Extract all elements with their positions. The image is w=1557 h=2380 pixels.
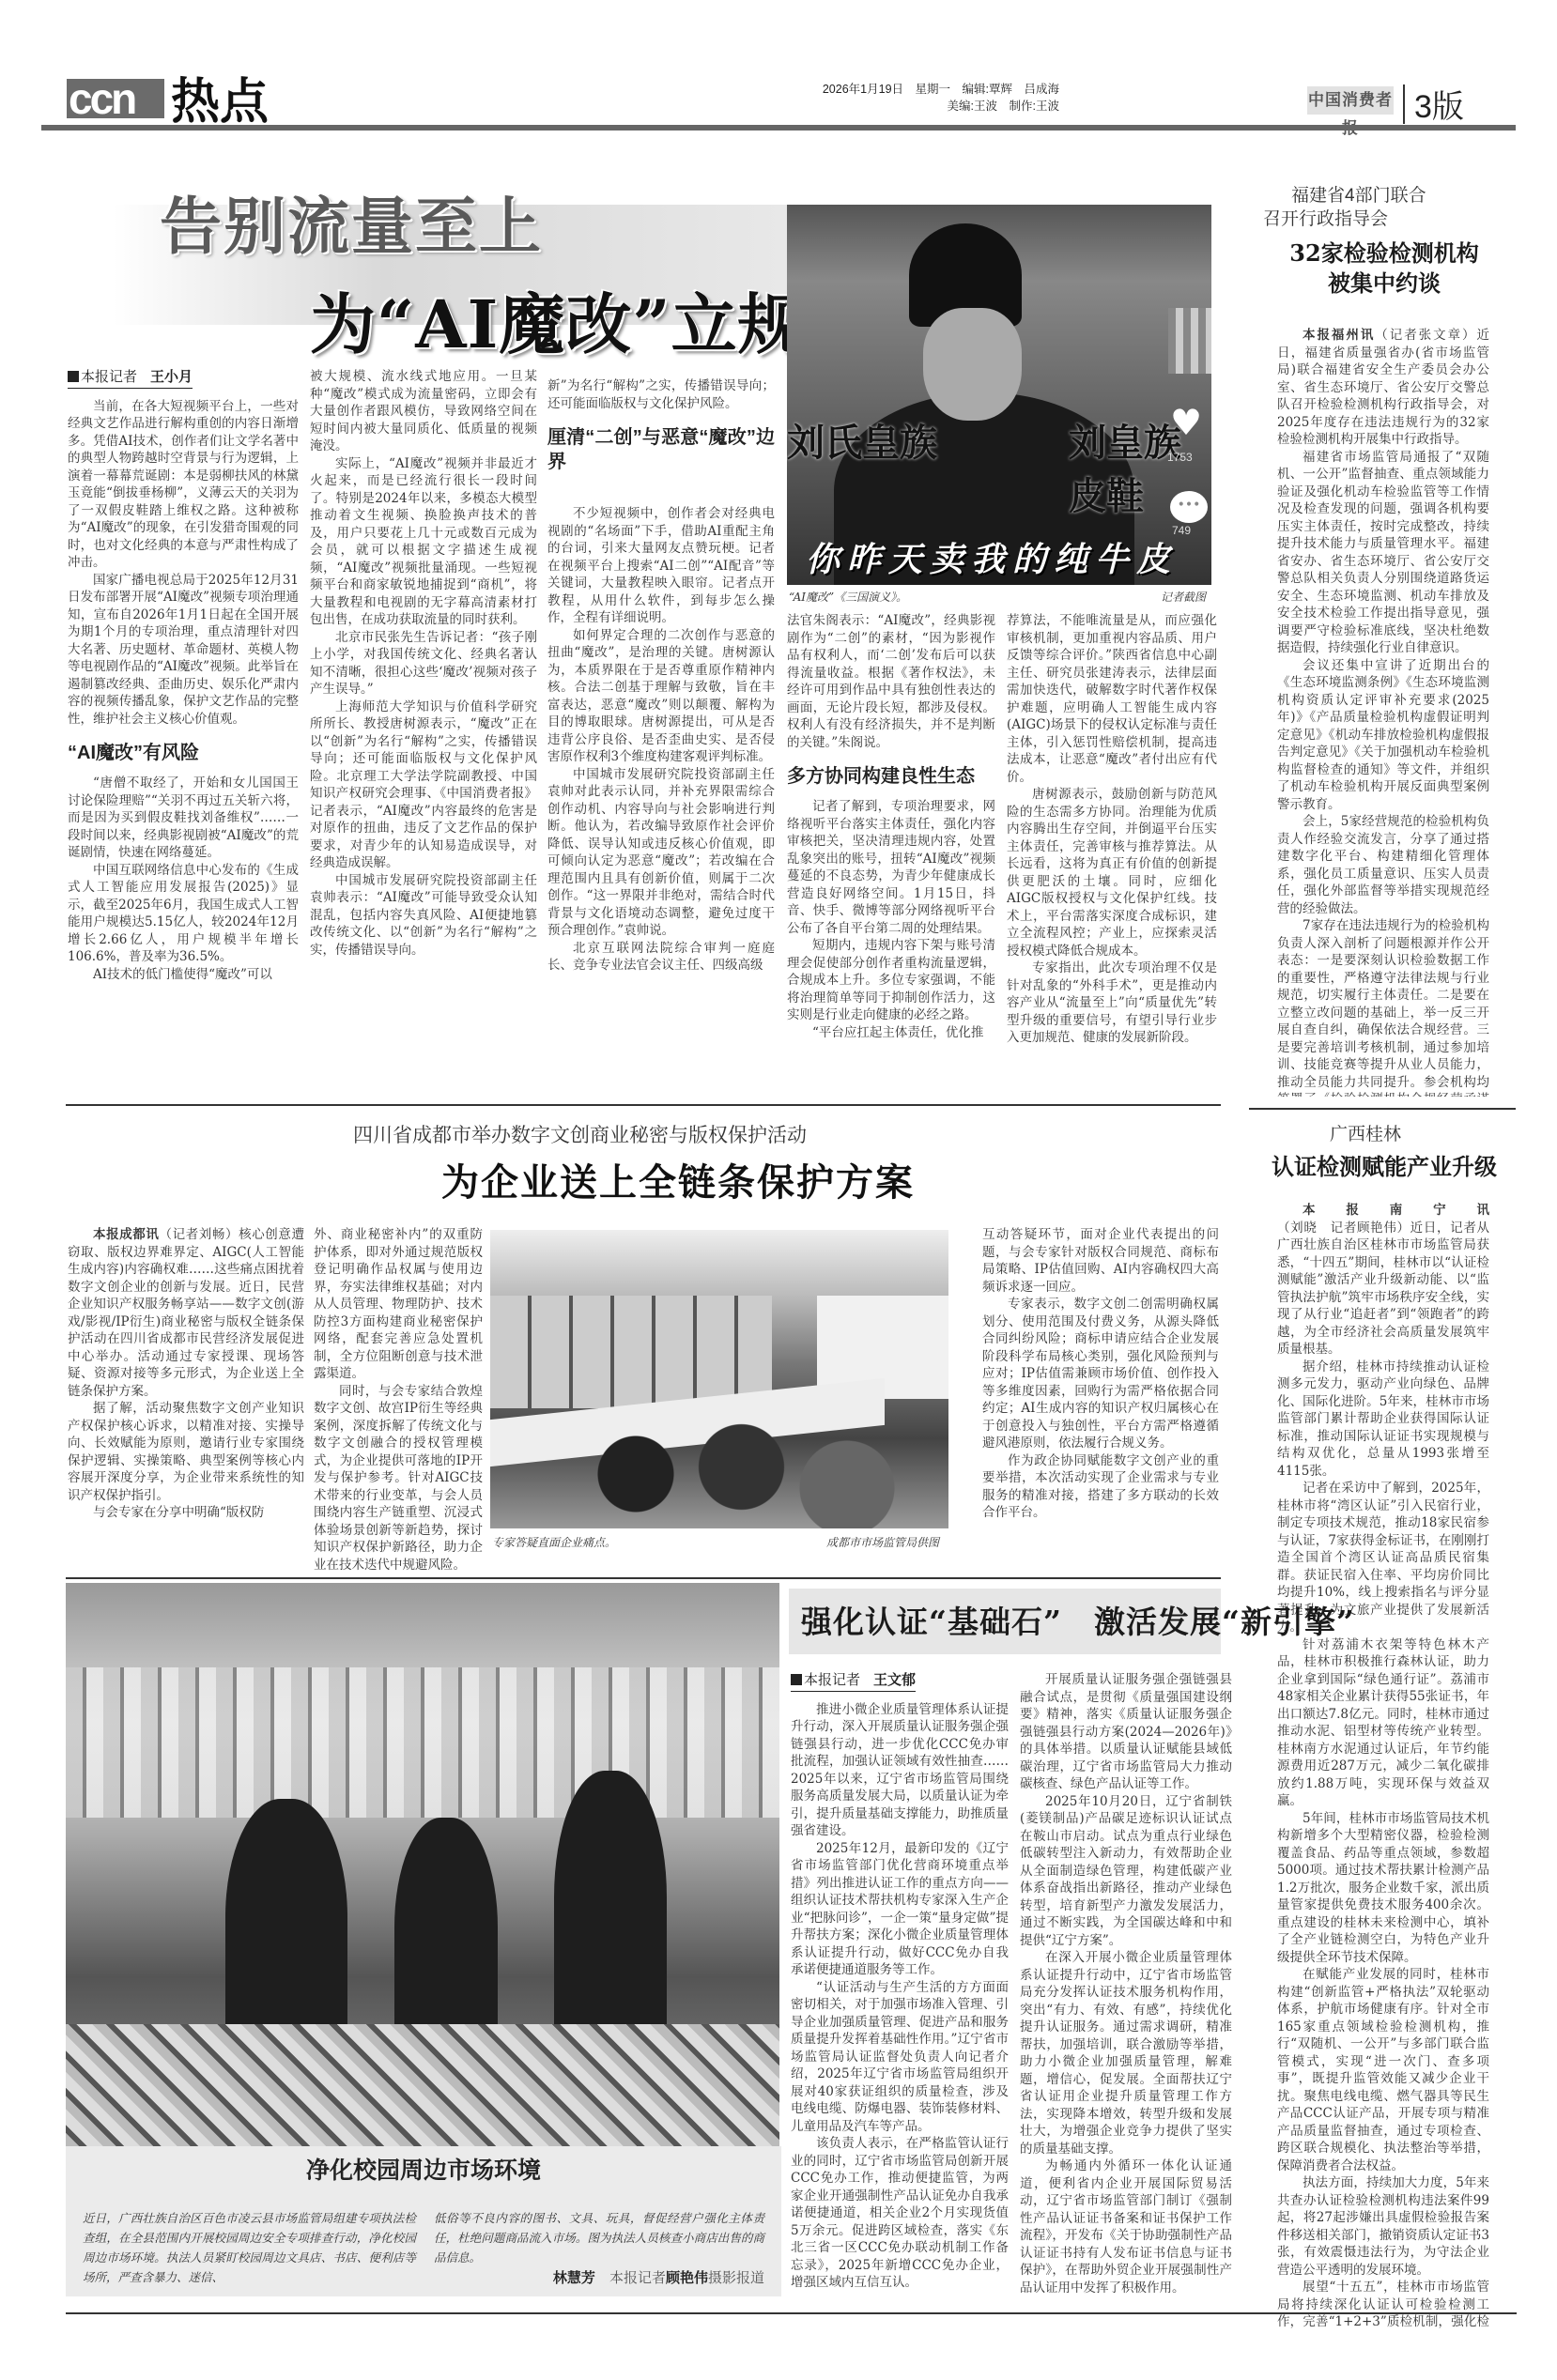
seminar-photo-caption: 专家答疑直面企业痛点。 — [492, 1534, 616, 1550]
lead-col-1: 本报记者王小月 当前，在各大短视频平台上，一些对经典文艺作品进行解构重创的内容日… — [68, 368, 299, 983]
byline-square-icon — [68, 371, 79, 382]
section-title: 热点 — [171, 62, 269, 132]
school-area-inspection-photo — [66, 1583, 779, 2146]
guilin-headline-block: 广西桂林 认证检测赋能产业升级 — [1249, 1123, 1519, 1182]
chengdu-kicker: 四川省成都市举办数字文创商业秘密与版权保护活动 — [353, 1120, 807, 1148]
seminar-meeting-photo — [490, 1230, 948, 1528]
fujian-body: 本报福州讯（记者张文章）近日，福建省质量强省办(省市场监管局)联合福建省安全生产… — [1277, 327, 1489, 1097]
photo-overlay-bottom: 你昨天卖我的纯牛皮鞋 — [806, 533, 1211, 585]
lead-headline-line1: 告别流量至上 — [160, 177, 543, 266]
pixelated-avatar-icon — [1168, 308, 1211, 374]
lead-col-5: 荐算法，不能唯流量是从，而应强化审核机制，更加重视内容品质、用户反馈等综合评价。… — [1007, 612, 1217, 1100]
subhead-boundary: 厘清“二创”与恶意“魔改”边界 — [547, 425, 775, 474]
comment-bubble-icon: ••• — [1170, 491, 1208, 523]
photo-feature-credit: 林慧芳 本报记者顾艳伟摄影报道 — [553, 2268, 764, 2288]
page-number: 3版 — [1414, 81, 1464, 127]
photo-caption: “AI魔改”《三国演义》。 — [789, 589, 907, 605]
lead-col-4: 法官朱阁表示：“AI魔改”，经典影视剧作为“二创”的素材，“因为影视作品有权利人… — [787, 612, 995, 1100]
photo-feature-title: 净化校园周边市场环境 — [66, 2152, 781, 2186]
liaoning-col-2: 开展质量认证服务强企强链强县融合试点，是贯彻《质量强国建设纲要》精神，落实《质量… — [1020, 1671, 1232, 2300]
heart-icon: ♥ — [1170, 402, 1202, 443]
lead-article-bottom-rule — [66, 1104, 1221, 1106]
masthead-divider — [1403, 84, 1405, 124]
lead-headline-line2: 为“AI魔改”立规 — [310, 272, 805, 367]
photo-overlay-left: 刘氏皇族 — [787, 413, 937, 467]
photo-credit: 记者截图 — [1161, 589, 1206, 605]
comment-count: 749 — [1172, 524, 1191, 537]
fujian-kicker-line2: 召开行政指导会 — [1249, 207, 1519, 231]
officer-3 — [554, 1771, 667, 2052]
page-bottom-rule — [66, 2312, 1517, 2314]
shop-counter — [66, 2024, 779, 2146]
photo-face — [923, 308, 1022, 421]
fujian-bottom-rule — [1249, 1108, 1516, 1110]
guilin-kicker: 广西桂林 — [1249, 1123, 1519, 1146]
photo-feature-text-left: 近日，广西壮族自治区百色市凌云县市场监管局组建专项执法检查组，在全县范围内开展校… — [83, 2208, 416, 2287]
fujian-kicker-line1: 福建省4部门联合 — [1249, 184, 1519, 207]
meeting-attendees — [509, 1390, 932, 1528]
chengdu-col-3: 互动答疑环节，面对企业代表提出的问题，与会专家针对版权合同规范、商标布局策略、I… — [982, 1226, 1219, 1574]
subhead-risk: “AI魔改”有风险 — [68, 741, 299, 765]
liaoning-headline: 强化认证“基础石” 激活发展“新引擎” — [801, 1598, 1355, 1642]
byline: 本报记者王小月 — [68, 368, 193, 389]
like-count: 1753 — [1167, 451, 1193, 464]
issue-meta: 2026年1月19日 星期一 编辑:覃辉 吕成海 美编:王波 制作:王波 — [823, 81, 1059, 115]
fujian-headline-line2: 被集中约谈 — [1249, 269, 1519, 299]
chengdu-bottom-rule — [66, 1577, 1221, 1579]
fujian-headline-line1: 32家检验检测机构 — [1249, 238, 1519, 269]
guilin-body: 本报南宁讯（刘晓 记者顾艳伟）近日，记者从广西壮族自治区桂林市市场监管局获悉，“… — [1277, 1202, 1489, 2328]
byline-square-icon — [791, 1674, 802, 1685]
ai-remix-screenshot-photo: 刘氏皇族 刘皇族皮鞋 你昨天卖我的纯牛皮鞋 ♥ 1753 ••• 749 — [787, 205, 1211, 585]
shop-shelf — [66, 1667, 779, 1818]
fujian-headline-block: 福建省4部门联合 召开行政指导会 32家检验检测机构 被集中约谈 — [1249, 184, 1519, 299]
lead-col-3b: 不少短视频中，创作者会对经典电视剧的“名场面”下手，借助AI重配主角的台词，引来… — [547, 505, 775, 1106]
paper-name-logo: 中国消费者报 — [1307, 86, 1394, 115]
liaoning-byline: 本报记者王文郁 — [791, 1671, 916, 1692]
chengdu-col-2: 外、商业秘密补内”的双重防护体系，即对外通过规范版权登记明确作品权属与使用边界，… — [314, 1226, 483, 1574]
date-editor-line: 2026年1月19日 星期一 编辑:覃辉 吕成海 — [823, 81, 1059, 98]
photo-feature-text-right: 低俗等不良内容的图书、文具、玩具，督促经营户强化主体责任，杜绝问题商品流入市场。… — [434, 2208, 764, 2293]
staff-line: 美编:王波 制作:王波 — [823, 98, 1059, 115]
ccn-logo: ccn — [67, 79, 164, 118]
masthead-rule — [41, 125, 1516, 131]
liaoning-col-1: 本报记者王文郁 推进小微企业质量管理体系认证提升行动，深入开展质量认证服务强企强… — [791, 1671, 1009, 2300]
guilin-headline: 认证检测赋能产业升级 — [1249, 1152, 1519, 1182]
seminar-photo-credit: 成都市市场监管局供图 — [826, 1534, 939, 1550]
lead-col-3: 新”为名行“解构”之实，传播错误导向；还可能面临版权与文化保护风险。 厘清“二创… — [547, 377, 775, 484]
chengdu-headline: 为企业送上全链条保护方案 — [441, 1153, 915, 1206]
lead-col-2: 被大规模、流水线式地应用。一旦某种“魔改”模式成为流量密码，立即会有大量创作者跟… — [310, 368, 537, 1100]
officer-1 — [225, 1799, 347, 2062]
chengdu-col-1: 本报成都讯（记者刘畅）核心创意遭窃取、版权边界难界定、AIGC(人工智能生成内容… — [68, 1226, 304, 1574]
subhead-ecosystem: 多方协同构建良性生态 — [787, 764, 995, 789]
